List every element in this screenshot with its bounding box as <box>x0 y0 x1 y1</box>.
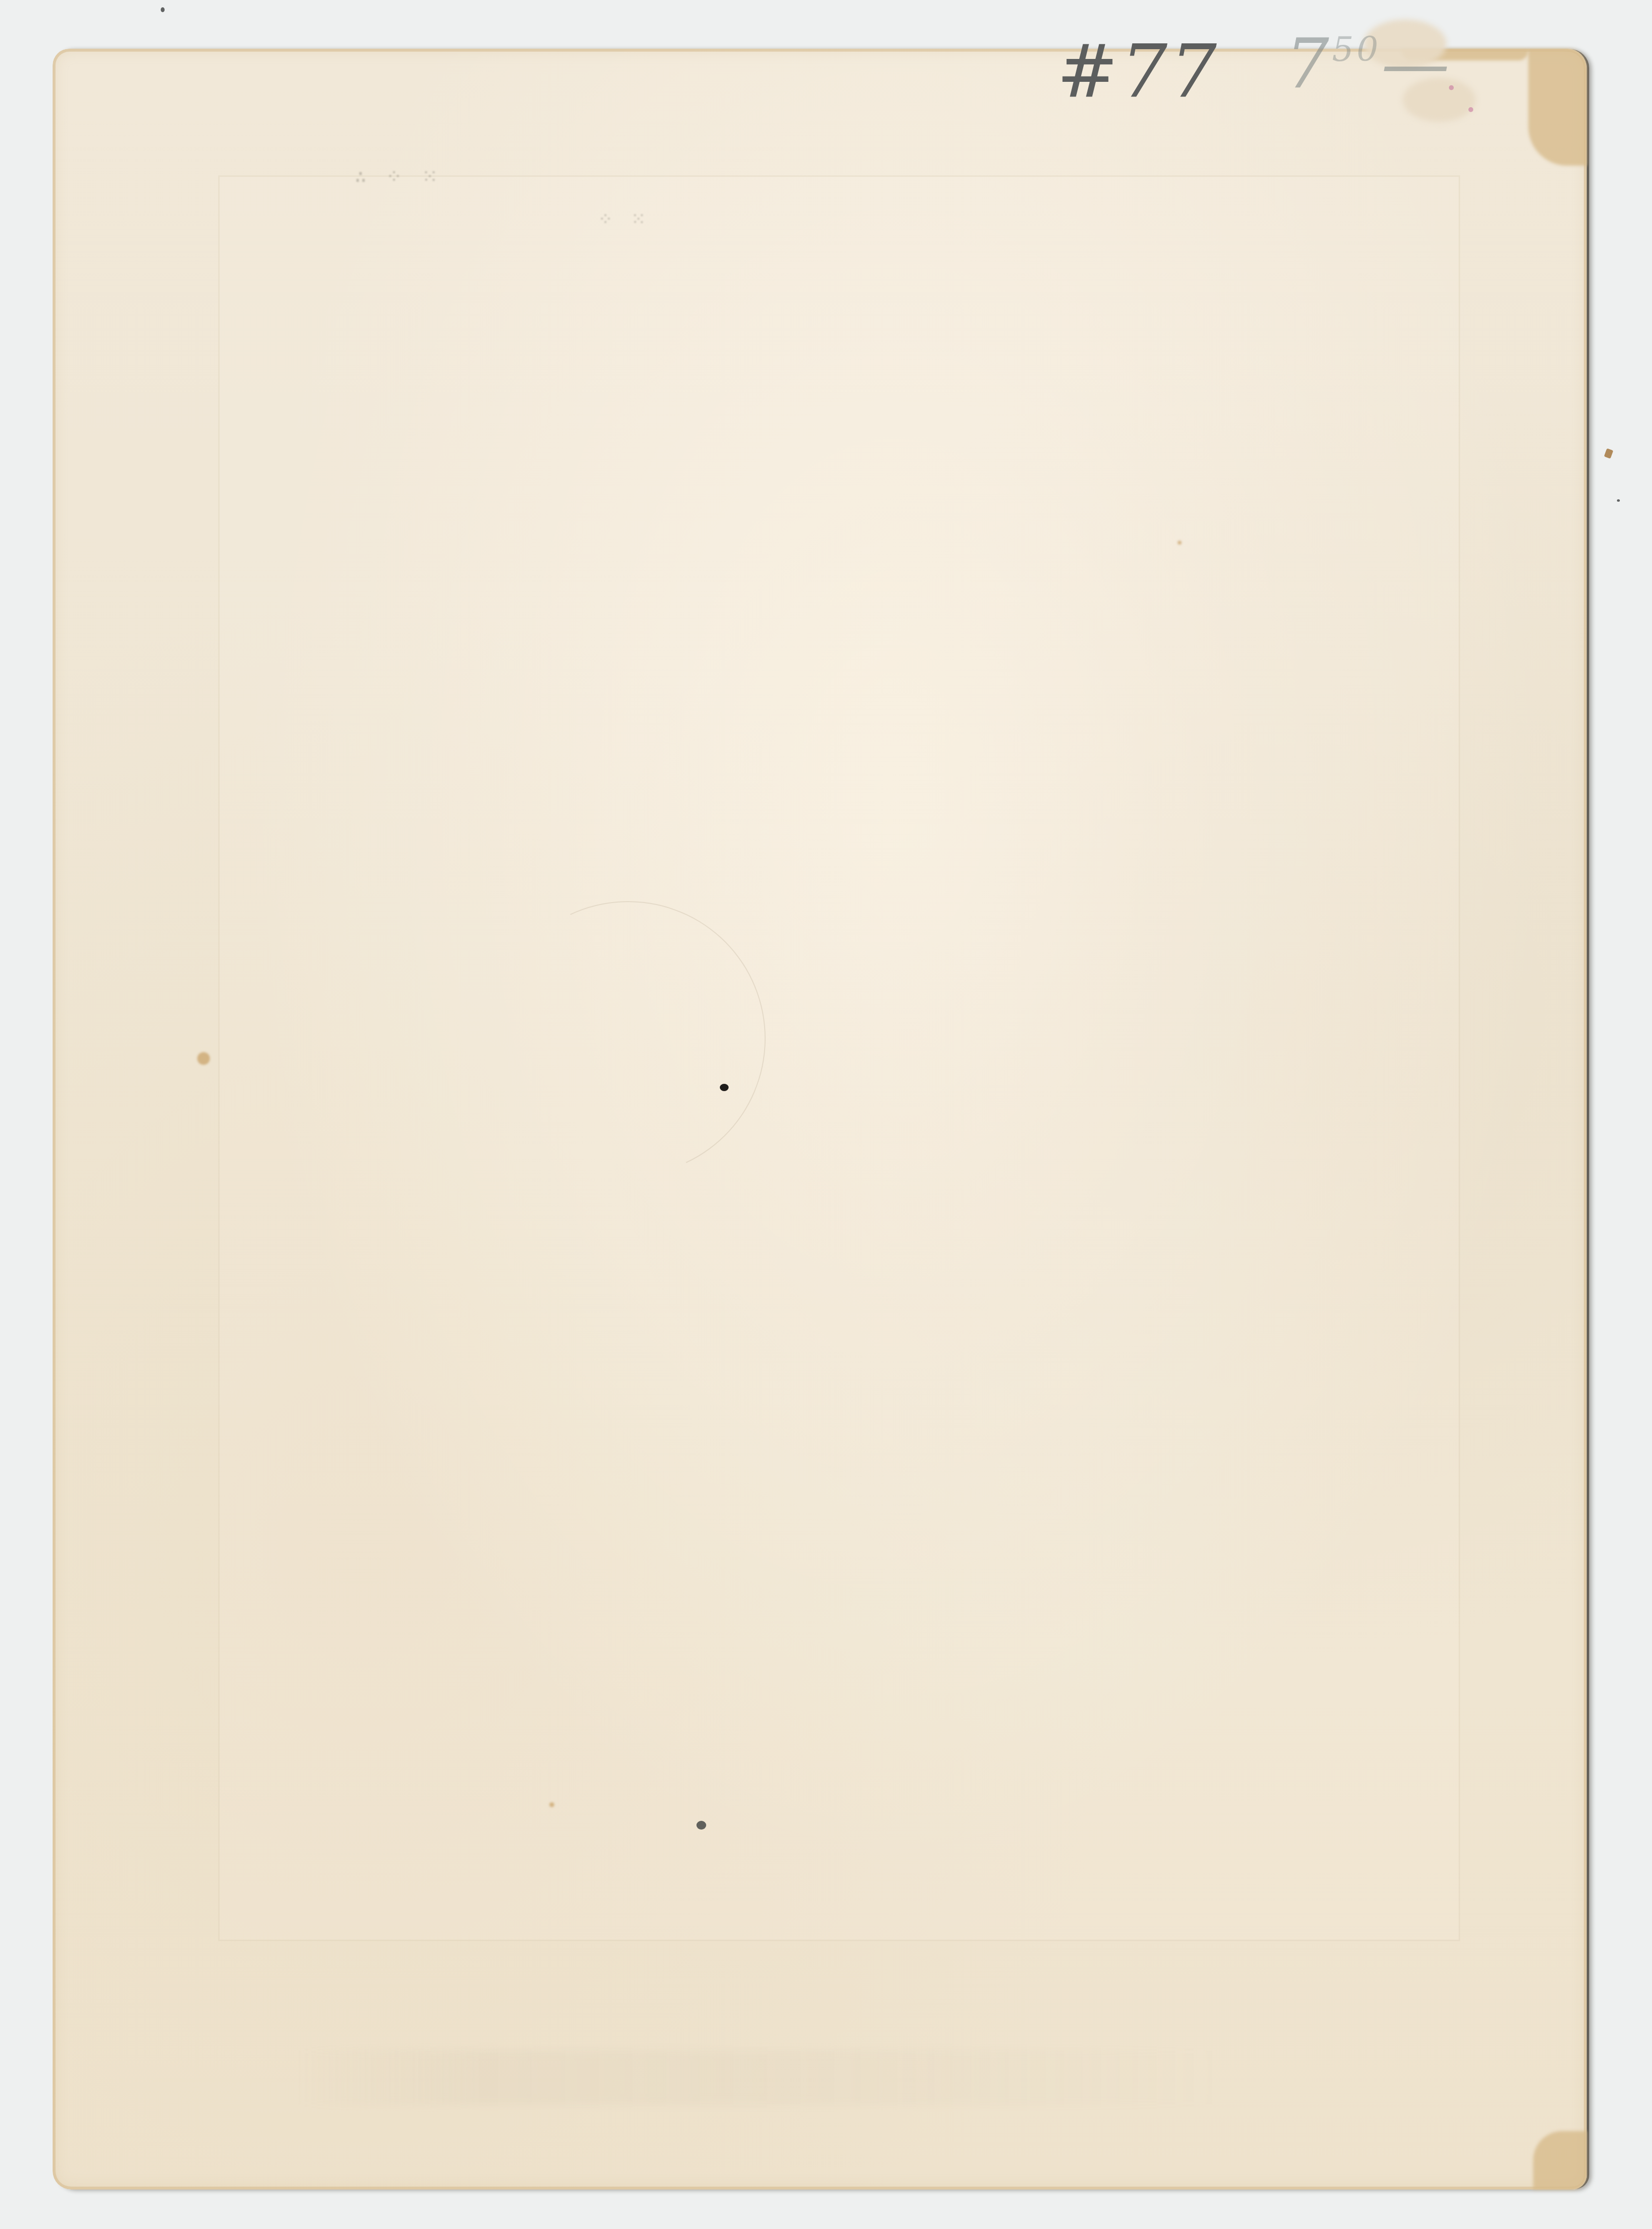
card-back: ∴ ⁘ ⁙ ⁘ ⁙ <box>53 49 1587 2190</box>
faint-impression-mark: ∴ ⁘ ⁙ <box>355 166 442 188</box>
dust-speck <box>1617 499 1620 502</box>
price-mark-main: 7 <box>1286 24 1332 104</box>
dark-speck <box>720 1084 729 1091</box>
inner-frame-impression <box>218 175 1460 1941</box>
scan-background: ∴ ⁘ ⁙ ⁘ ⁙ #77 750— <box>0 0 1652 2229</box>
corner-wear-top-right <box>1528 49 1587 166</box>
price-mark-superscript: 50 <box>1332 29 1381 69</box>
debris-fleck <box>1604 448 1613 459</box>
grey-speck <box>696 1821 706 1830</box>
foxing-spot <box>1178 541 1182 545</box>
foxing-spot <box>549 1802 554 1807</box>
faint-bleed-through-band <box>296 2051 1221 2104</box>
price-mark-dash: — <box>1381 24 1452 104</box>
erasure-tint <box>1468 107 1473 112</box>
faint-impression-mark: ⁘ ⁙ <box>598 209 650 229</box>
price-mark-handwritten: 750— <box>1286 24 1452 104</box>
catalog-number-handwritten: #77 <box>1057 29 1220 114</box>
dust-speck <box>161 7 165 12</box>
corner-wear-bottom-right <box>1533 2131 1587 2190</box>
foxing-spot <box>197 1052 210 1065</box>
